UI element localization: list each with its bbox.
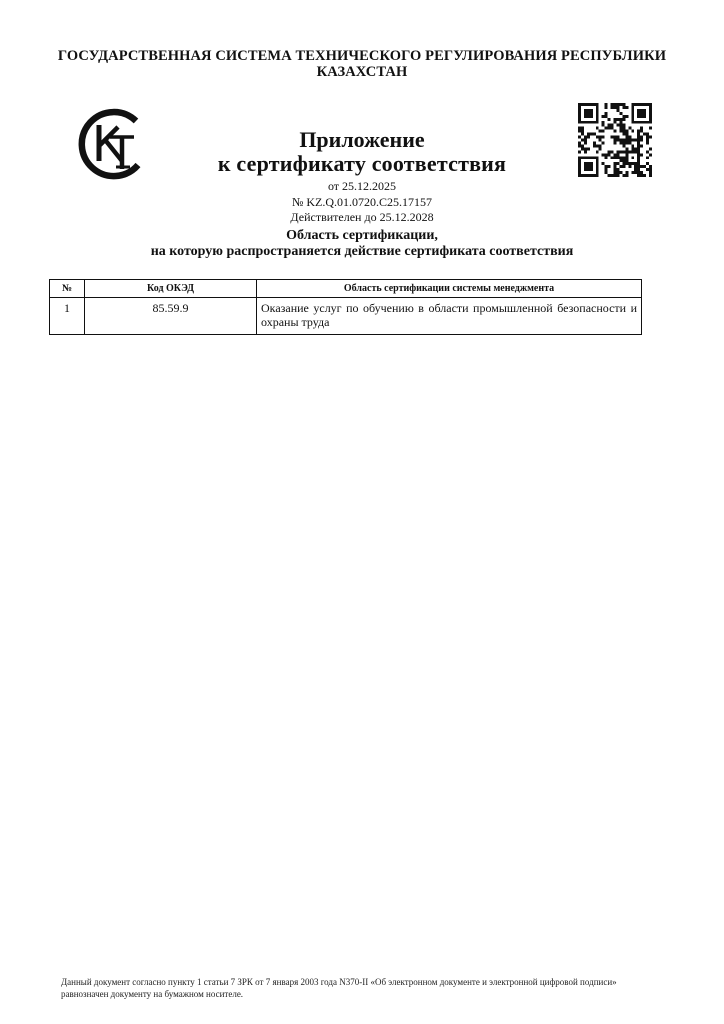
document-title: Приложение [0,128,724,152]
row-okved-code: 85.59.9 [85,298,257,335]
scope-heading-2: на которую распространяется действие сер… [0,244,724,260]
scope-heading-1: Область сертификации, [0,228,724,244]
footer-line-1: Данный документ согласно пункту 1 статьи… [61,976,671,988]
column-header-scope: Область сертификации системы менеджмента [257,280,642,298]
document-subtitle: к сертификату соответствия [0,152,724,176]
row-scope-description: Оказание услуг по обучению в области про… [257,298,642,335]
scope-table: № Код ОКЭД Область сертификации системы … [49,279,642,335]
column-header-okved-code: Код ОКЭД [85,280,257,298]
footer-line-2: равнозначен документу на бумажном носите… [61,988,671,1000]
certificate-date: от 25.12.2025 [0,179,724,195]
certificate-number: № KZ.Q.01.0720.C25.17157 [0,195,724,211]
legal-footer: Данный документ согласно пункту 1 статьи… [61,976,671,1000]
row-number: 1 [50,298,85,335]
organization-line-2: КАЗАХСТАН [0,64,724,80]
organization-line-1: ГОСУДАРСТВЕННАЯ СИСТЕМА ТЕХНИЧЕСКОГО РЕГ… [0,48,724,64]
table-row: 1 85.59.9 Оказание услуг по обучению в о… [50,298,642,335]
table-header-row: № Код ОКЭД Область сертификации системы … [50,280,642,298]
issuing-organization: ГОСУДАРСТВЕННАЯ СИСТЕМА ТЕХНИЧЕСКОГО РЕГ… [0,48,724,80]
certificate-validity: Действителен до 25.12.2028 [0,210,724,226]
column-header-number: № [50,280,85,298]
title-block: Приложение к сертификату соответствия от… [0,128,724,260]
